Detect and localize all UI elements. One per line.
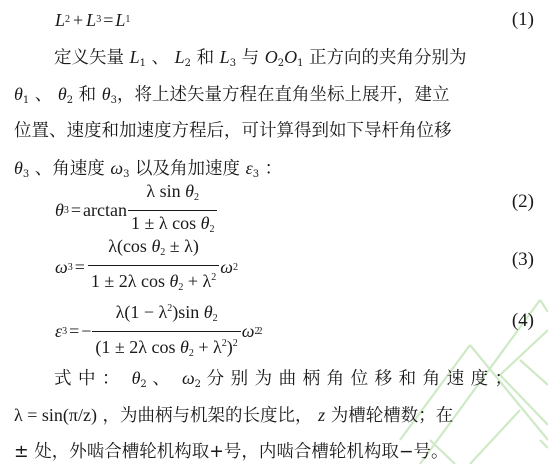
- num-2: 2: [119, 271, 128, 291]
- lambda-definition: λ = sin(π/z): [14, 405, 97, 425]
- sub: 2: [213, 313, 218, 324]
- numerator: λ sin θ2: [143, 180, 202, 210]
- op-plus: +: [198, 337, 208, 357]
- text: ：: [265, 159, 283, 179]
- var-O: O: [265, 47, 278, 67]
- sub: 2: [185, 58, 191, 69]
- var-omega: ω: [220, 257, 233, 278]
- text: 式中：: [54, 369, 126, 389]
- var-L: L: [115, 8, 125, 32]
- func-cos: cos: [123, 236, 147, 256]
- paragraph-2-line-1: 式中： θ2 、 ω2 分别为曲柄角位移和角速度；: [54, 366, 548, 397]
- text: 、: [152, 48, 170, 68]
- var-L: L: [86, 8, 96, 32]
- var-lambda: λ: [203, 271, 212, 291]
- op-eq: =: [71, 200, 81, 221]
- sub: 1: [140, 58, 146, 69]
- var-L: L: [220, 47, 230, 67]
- sub: 2: [67, 95, 73, 106]
- fraction: λ sin θ2 1 ± λ cos θ2: [128, 180, 217, 241]
- text: 正方向的夹角分别为: [309, 48, 467, 68]
- num-1: 1: [130, 302, 139, 322]
- op-pm: ±: [104, 271, 114, 291]
- sub: 3: [62, 326, 67, 337]
- op-pm: ±: [115, 337, 125, 357]
- paragraph-2-line-2: λ = sin(π/z) ，为曲柄与机架的长度比， z 为槽轮槽数；在: [14, 403, 548, 428]
- var-theta: θ: [14, 158, 23, 178]
- denominator: 1 ± 2λ cos θ2 + λ2: [88, 265, 219, 299]
- num-1: 1: [131, 213, 140, 233]
- var-O: O: [284, 47, 297, 67]
- var-theta: θ: [185, 181, 194, 201]
- var-lambda: λ: [138, 337, 147, 357]
- numerator: λ(1 − λ2)sin θ2: [113, 298, 221, 331]
- equation-number-3: (3): [512, 249, 534, 271]
- var-lambda: λ: [159, 213, 168, 233]
- var-omega: ω: [242, 321, 255, 342]
- text: 分别为曲柄角位移和角速度；: [207, 369, 519, 389]
- op-plus: +: [188, 271, 198, 291]
- op-plus: +: [73, 8, 83, 32]
- sub: 2: [65, 8, 70, 32]
- sub: 3: [64, 205, 69, 216]
- func-sin: sin: [178, 302, 199, 322]
- sub: 2: [189, 348, 194, 359]
- var-theta: θ: [180, 337, 189, 357]
- sub: 3: [123, 169, 129, 180]
- op-eq: =: [75, 257, 85, 278]
- text: 以及角加速度: [135, 159, 240, 179]
- paragraph-2-line-3: ± 处，外啮合槽轮机构取+号，内啮合槽轮机构取−号。: [14, 440, 548, 464]
- sup: 2: [257, 326, 262, 337]
- op-minus: −: [144, 302, 154, 322]
- var-epsilon: ε: [55, 321, 62, 342]
- func-sin: sin: [160, 181, 181, 201]
- text: 为槽轮槽数；在: [331, 406, 454, 426]
- sub: 2: [195, 379, 201, 390]
- sub: 2: [194, 192, 199, 203]
- var-L: L: [130, 47, 140, 67]
- paragraph-1-line-2: θ1 、 θ2 和 θ3，将上述矢量方程在直角坐标上展开，建立: [14, 82, 548, 113]
- sub: 3: [230, 58, 236, 69]
- sub: 2: [233, 262, 238, 273]
- var-theta: θ: [58, 84, 67, 104]
- var-lambda: λ: [213, 337, 222, 357]
- var-lambda: λ: [108, 236, 117, 256]
- op-eq: =: [103, 8, 113, 32]
- text: 、: [35, 85, 53, 105]
- sub: 1: [125, 8, 130, 32]
- fraction: λ(cos θ2 ± λ) 1 ± 2λ cos θ2 + λ2: [88, 235, 219, 299]
- text: ，为曲柄与机架的长度比，: [103, 406, 313, 426]
- var-theta: θ: [14, 84, 23, 104]
- var-omega: ω: [182, 368, 195, 388]
- sub: 2: [140, 379, 146, 390]
- sup: 2: [211, 272, 216, 283]
- op-pm: ±: [144, 213, 154, 233]
- paragraph-1-line-1: 定义矢量 L1 、 L2 和 L3 与 O2O1 正方向的夹角分别为: [54, 45, 548, 76]
- text: 与: [242, 48, 260, 68]
- equation-number-1: (1): [512, 8, 534, 32]
- var-epsilon: ε: [246, 158, 253, 178]
- sub: 1: [23, 95, 29, 106]
- num-1: 1: [101, 337, 110, 357]
- equation-3: ω3 = λ(cos θ2 ± λ) 1 ± 2λ cos θ2 + λ2 ω2: [55, 235, 238, 299]
- text: 、角速度: [35, 159, 105, 179]
- sub: 3: [23, 169, 29, 180]
- equation-4: ε3 = − λ(1 − λ2)sin θ2 (1 ± 2λ cos θ2 + …: [55, 298, 262, 365]
- var-omega: ω: [55, 257, 68, 278]
- num-2: 2: [129, 337, 138, 357]
- numerator: λ(cos θ2 ± λ): [105, 235, 202, 265]
- sup: 2: [222, 338, 227, 349]
- var-lambda: λ: [116, 302, 125, 322]
- denominator: (1 ± 2λ cos θ2 + λ2)2: [92, 331, 240, 365]
- sub: 3: [96, 8, 101, 32]
- var-lambda: λ: [128, 271, 137, 291]
- op-pm: ±: [170, 236, 180, 256]
- var-L: L: [175, 47, 185, 67]
- func-cos: cos: [141, 271, 165, 291]
- func-cos: cos: [152, 337, 176, 357]
- var-omega: ω: [110, 158, 123, 178]
- var-theta: θ: [151, 236, 160, 256]
- text: 定义矢量: [54, 48, 124, 68]
- var-lambda: λ: [184, 236, 193, 256]
- text: ，将上述矢量方程在直角坐标上展开，建立: [117, 85, 450, 105]
- equation-number-2: (2): [512, 191, 534, 213]
- var-theta: θ: [55, 200, 64, 221]
- var-L: L: [55, 8, 65, 32]
- text: 和: [79, 85, 97, 105]
- var-lambda: λ: [158, 302, 167, 322]
- sub: 3: [68, 262, 73, 273]
- paragraph-1-line-3: 位置、速度和加速度方程后，可计算得到如下导杆角位移: [14, 119, 548, 143]
- sup: 2: [167, 303, 172, 314]
- text: 位置、速度和加速度方程后，可计算得到如下导杆角位移: [14, 121, 452, 141]
- text: ± 处，外啮合槽轮机构取+号，内啮合槽轮机构取−号。: [14, 442, 449, 462]
- func-cos: cos: [172, 213, 196, 233]
- op-eq: =: [69, 321, 79, 342]
- sub: 3: [253, 169, 259, 180]
- sub: 2: [178, 282, 183, 293]
- equation-1: L2 + L3 = L1: [55, 8, 130, 32]
- func-arctan: arctan: [83, 200, 127, 221]
- text: 和: [197, 48, 215, 68]
- sub: 2: [160, 247, 165, 258]
- var-z: z: [318, 405, 325, 425]
- fraction: λ(1 − λ2)sin θ2 (1 ± 2λ cos θ2 + λ2)2: [92, 298, 240, 365]
- var-theta: θ: [102, 84, 111, 104]
- var-lambda: λ: [146, 181, 155, 201]
- var-theta: θ: [204, 302, 213, 322]
- num-1: 1: [91, 271, 100, 291]
- equation-2: θ3 = arctan λ sin θ2 1 ± λ cos θ2: [55, 180, 218, 241]
- equation-number-4: (4): [512, 310, 534, 332]
- sup: 2: [233, 338, 238, 349]
- sub: 1: [297, 58, 303, 69]
- text: 、: [152, 369, 176, 389]
- op-minus: −: [81, 321, 91, 342]
- sub: 2: [209, 224, 214, 235]
